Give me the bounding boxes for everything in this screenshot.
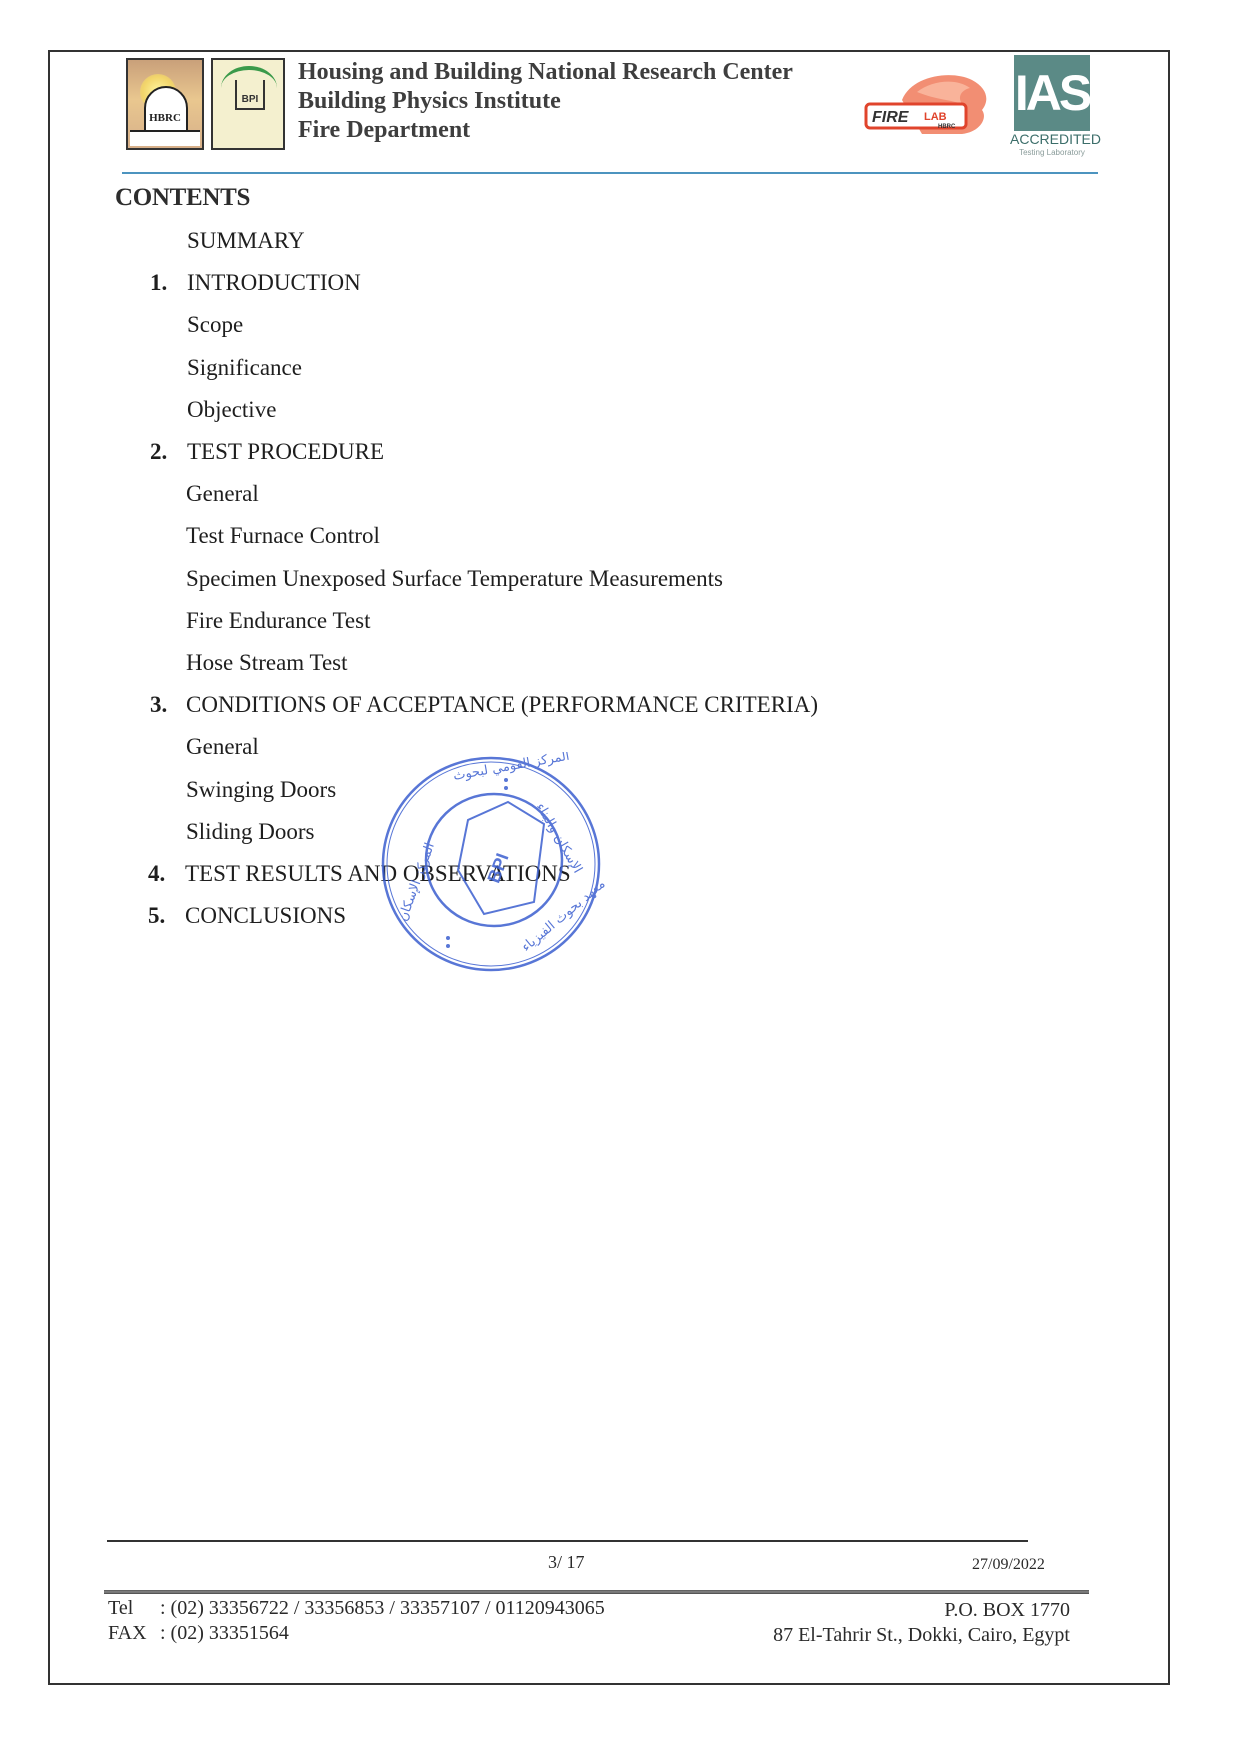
toc-section: TEST RESULTS AND OBSERVATIONS <box>185 861 571 887</box>
document-date: 27/09/2022 <box>972 1556 1045 1574</box>
tel-label: Tel <box>108 1596 160 1621</box>
page-number: 3/ 17 <box>548 1552 585 1573</box>
organization-name: Housing and Building National Research C… <box>298 58 793 145</box>
toc-section-number: 4. <box>148 861 165 887</box>
toc-section: CONCLUSIONS <box>185 903 346 929</box>
org-line-1: Housing and Building National Research C… <box>298 58 793 87</box>
postal-address: P.O. BOX 1770 87 El-Tahrir St., Dokki, C… <box>773 1598 1070 1648</box>
firelab-lion-icon: FIRE LAB HBRC <box>862 70 992 140</box>
toc-section-number: 5. <box>148 903 165 929</box>
svg-text:FIRE: FIRE <box>872 109 910 126</box>
hbrc-logo-label: HBRC <box>128 112 202 124</box>
toc-subsection: Scope <box>187 312 243 338</box>
toc-section: TEST PROCEDURE <box>187 439 384 465</box>
fax-value: : (02) 33351564 <box>160 1622 289 1644</box>
toc-section-number: 1. <box>150 270 167 296</box>
hbrc-arabic-band <box>130 130 200 146</box>
toc-subsection: Fire Endurance Test <box>186 608 370 634</box>
toc-subsection: Test Furnace Control <box>186 523 380 549</box>
footer-rule-top <box>107 1540 1028 1542</box>
footer-rule-bottom <box>104 1590 1089 1594</box>
toc-subsection: Objective <box>187 397 276 423</box>
bpi-logo-icon: BPI <box>211 58 285 150</box>
bpi-arabic-band <box>217 130 279 142</box>
contents-title: CONTENTS <box>115 184 250 212</box>
hbrc-logo-icon: HBRC <box>126 58 204 150</box>
org-line-3: Fire Department <box>298 116 793 145</box>
po-box: P.O. BOX 1770 <box>773 1598 1070 1623</box>
toc-section: SUMMARY <box>187 228 305 254</box>
ias-accredited-label: ACCREDITED <box>1010 131 1094 147</box>
toc-subsection: Sliding Doors <box>186 819 314 845</box>
toc-subsection: Hose Stream Test <box>186 650 348 676</box>
street-address: 87 El-Tahrir St., Dokki, Cairo, Egypt <box>773 1623 1070 1648</box>
toc-subsection: General <box>186 481 259 507</box>
toc-subsection: Specimen Unexposed Surface Temperature M… <box>186 566 723 592</box>
contact-numbers: Tel: (02) 33356722 / 33356853 / 33357107… <box>108 1596 605 1646</box>
ias-sub-label: Testing Laboratory <box>1010 148 1094 157</box>
svg-text:HBRC: HBRC <box>938 124 956 130</box>
fax-label: FAX <box>108 1621 160 1646</box>
toc-subsection: Significance <box>187 355 302 381</box>
bpi-logo-label: BPI <box>235 94 265 105</box>
svg-text:LAB: LAB <box>924 111 947 123</box>
toc-section: INTRODUCTION <box>187 270 361 296</box>
tel-value: : (02) 33356722 / 33356853 / 33357107 / … <box>160 1597 605 1619</box>
toc-section-number: 3. <box>150 692 167 718</box>
ias-logo: IAS <box>1014 55 1090 131</box>
toc-subsection: General <box>186 734 259 760</box>
header-divider <box>122 172 1098 174</box>
toc-section: CONDITIONS OF ACCEPTANCE (PERFORMANCE CR… <box>186 692 818 718</box>
org-line-2: Building Physics Institute <box>298 87 793 116</box>
arch-icon <box>144 86 188 136</box>
toc-subsection: Swinging Doors <box>186 777 336 803</box>
toc-section-number: 2. <box>150 439 167 465</box>
